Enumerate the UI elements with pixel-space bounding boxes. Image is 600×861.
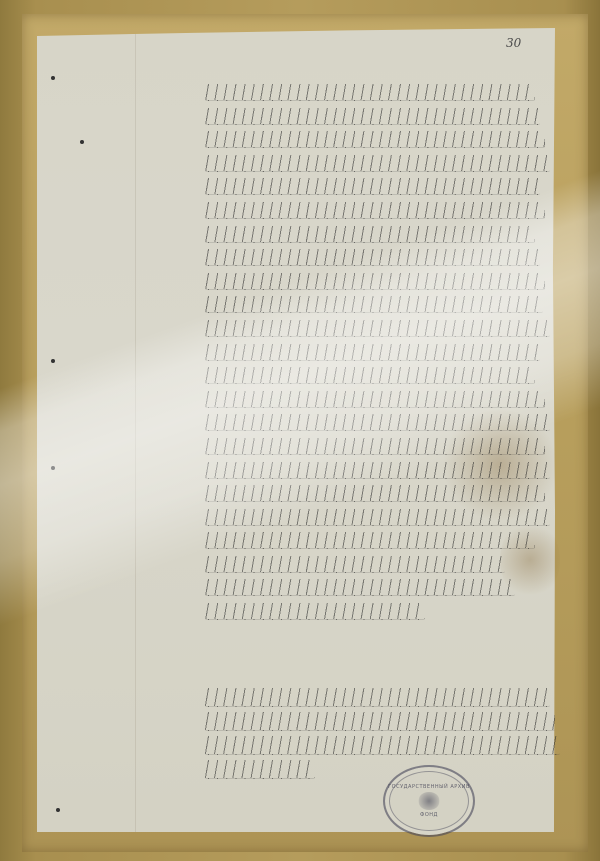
- script-line: ...: [205, 316, 555, 340]
- script-line: ...: [205, 434, 555, 458]
- script-line: ...: [205, 528, 555, 552]
- script-line: Х...: [205, 292, 555, 316]
- closing-line: ...н Сидр: [205, 756, 565, 780]
- closing-line: о ... на ... ...: [205, 708, 565, 732]
- script-line: ...: [205, 410, 555, 434]
- script-line: ...: [205, 387, 555, 411]
- manuscript-closing: Апполо... ... своим человеком зера о ...…: [205, 684, 565, 780]
- manuscript-body: Ѳ...ч мои С... ...в С...с... ...ал ... Х…: [205, 80, 555, 623]
- script-line: Ѳ...ч мои С...: [205, 80, 555, 104]
- script-line: ...: [205, 269, 555, 293]
- archive-seal-stamp: ГОСУДАРСТВЕННЫЙ АРХИВ ФОНД: [383, 765, 475, 837]
- script-line: ...: [205, 552, 555, 576]
- script-line: ...: [205, 505, 555, 529]
- script-line: ...в С...с...: [205, 104, 555, 128]
- script-line: ...: [205, 198, 555, 222]
- pin-hole: [51, 466, 55, 470]
- page-number: 30: [506, 36, 521, 50]
- script-line: ...: [205, 599, 555, 623]
- seal-text-bottom: ФОНД: [420, 812, 438, 818]
- pin-hole: [56, 808, 60, 812]
- paper-fold-line: [135, 28, 136, 832]
- pin-hole: [51, 359, 55, 363]
- script-line: ...С...: [205, 245, 555, 269]
- script-line: ...ал ... Х... ...: [205, 127, 555, 151]
- seal-emblem-icon: [418, 792, 440, 810]
- script-line: ...: [205, 458, 555, 482]
- script-line: ...Холо... ...: [205, 174, 555, 198]
- script-line: ...: [205, 363, 555, 387]
- seal-text-top: ГОСУДАРСТВЕННЫЙ АРХИВ: [388, 784, 470, 790]
- script-line: ...: [205, 481, 555, 505]
- script-line: ...: [205, 575, 555, 599]
- script-line: С...и... ...: [205, 151, 555, 175]
- script-line: ...Холо...: [205, 222, 555, 246]
- closing-line: Апполо... ... своим человеком зера: [205, 684, 565, 708]
- closing-line: ... ... ...: [205, 732, 565, 756]
- script-line: ...: [205, 340, 555, 364]
- pin-hole: [51, 76, 55, 80]
- pin-hole: [80, 140, 84, 144]
